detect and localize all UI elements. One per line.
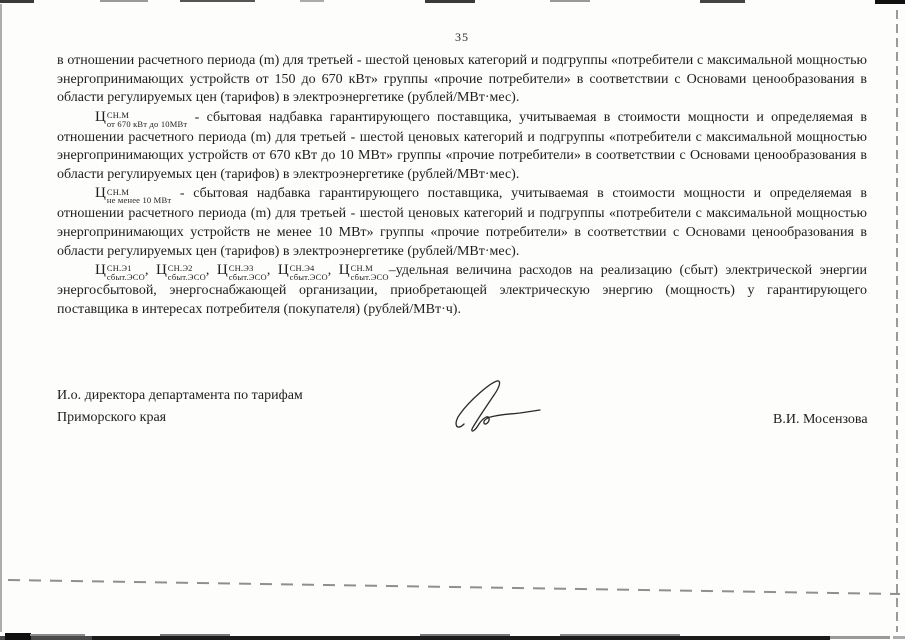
- separator-dashed-line: [8, 579, 900, 595]
- page-number: 35: [57, 30, 867, 45]
- signatory-title: И.о. директора департамента по тарифам П…: [57, 385, 303, 429]
- paragraph: ЦСН.Мне менее 10 МВт - сбытовая надбавка…: [57, 184, 867, 261]
- tariff-symbol-formula: ЦСН.Э4сбыт.ЭСО: [278, 263, 328, 278]
- document-page: 35 в отношении расчетного периода (m) дл…: [0, 0, 905, 640]
- signatory-name: В.И. Мосензова: [773, 412, 868, 428]
- paragraph: ЦСН.Мот 670 кВт до 10МВт - сбытовая надб…: [57, 108, 867, 185]
- paragraph: в отношении расчетного периода (m) для т…: [57, 52, 867, 108]
- signatory-title-line1: И.о. директора департамента по тарифам: [57, 385, 303, 407]
- signatory-title-line2: Приморского края: [57, 407, 303, 429]
- handwritten-signature: [452, 379, 552, 434]
- scan-artifacts-bottom: [0, 630, 905, 640]
- scan-artifacts-top: [0, 0, 905, 5]
- tariff-symbol-formula: ЦСН.Мсбыт.ЭСО: [339, 263, 389, 278]
- tariff-symbol-formula: ЦСН.Э2сбыт.ЭСО: [156, 263, 206, 278]
- paragraph: ЦСН.Э1сбыт.ЭСО, ЦСН.Э2сбыт.ЭСО, ЦСН.Э3сб…: [57, 261, 867, 319]
- tariff-symbol-formula: ЦСН.Мот 670 кВт до 10МВт: [95, 110, 187, 125]
- tariff-symbol-formula: ЦСН.Мне менее 10 МВт: [95, 186, 171, 201]
- tariff-symbol-formula: ЦСН.Э3сбыт.ЭСО: [217, 263, 267, 278]
- scan-edge-right: [896, 10, 898, 632]
- scan-edge-left: [0, 4, 2, 632]
- document-body: в отношении расчетного периода (m) для т…: [57, 52, 867, 319]
- tariff-symbol-formula: ЦСН.Э1сбыт.ЭСО: [95, 263, 145, 278]
